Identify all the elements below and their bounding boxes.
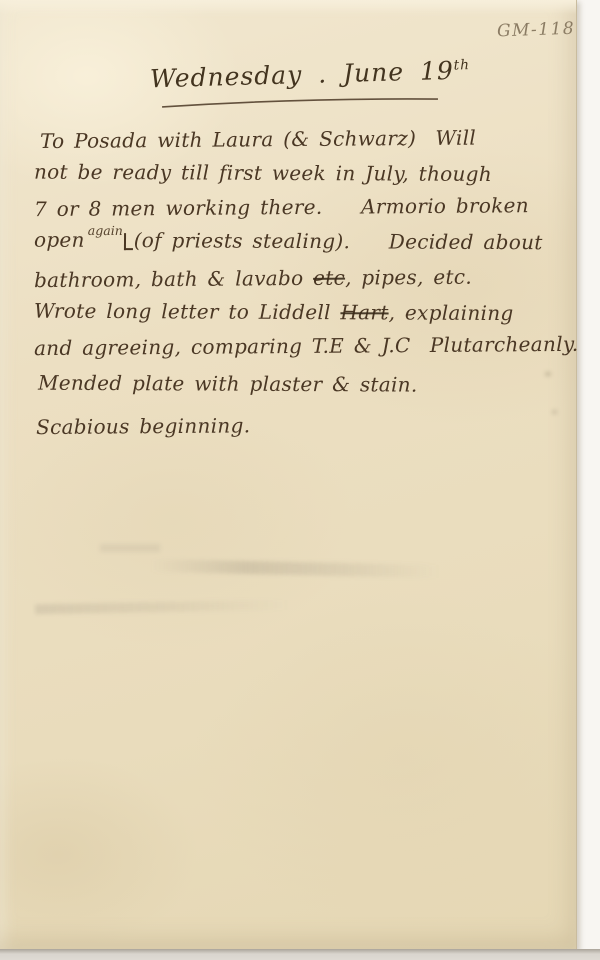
note-line: openagain(of priests stealing). Decided … — [34, 223, 564, 263]
handwritten-text: etc — [313, 266, 345, 290]
handwritten-text: Wednesday . June 19 — [150, 56, 455, 93]
pencil-smudge — [100, 544, 160, 552]
handwritten-text: Wrote long letter to Liddell — [34, 299, 341, 325]
note-line: and agreeing, comparing T.E & J.C Plutar… — [34, 327, 564, 365]
handwritten-text: bathroom, bath & lavabo — [34, 266, 313, 292]
note-line: To Posada with Laura (& Schwarz) Will — [34, 120, 564, 158]
note-line: not be ready till first week in July, th… — [34, 155, 564, 192]
handwritten-text: not be ready till first week in July, th… — [34, 160, 492, 186]
handwritten-text: (of priests stealing). Decided about — [134, 228, 543, 254]
insertion-caret-icon — [124, 233, 133, 250]
note-line: Wrote long letter to Liddell Hart, expla… — [34, 294, 564, 331]
handwritten-text: th — [453, 57, 470, 73]
handwritten-text: open — [34, 228, 85, 252]
handwritten-text: Hart — [340, 300, 388, 324]
note-line: Scabious beginning. — [34, 406, 564, 444]
pencil-smudge — [35, 600, 290, 614]
entry-title: Wednesday . June 19th — [150, 56, 461, 94]
diary-page: GM-118 Wednesday . June 19th To Posada w… — [0, 0, 577, 950]
handwritten-text: Mended plate with plaster & stain. — [38, 371, 418, 397]
handwritten-text: again — [88, 214, 123, 248]
title-underline — [160, 93, 440, 111]
archival-mark: GM-118 — [497, 19, 576, 42]
handwritten-text: Scabious beginning. — [36, 413, 250, 439]
note-lines: To Posada with Laura (& Schwarz) Willnot… — [34, 122, 564, 442]
handwritten-text: and agreeing, comparing T.E & J.C Plutar… — [34, 332, 579, 360]
handwritten-text: , pipes, etc. — [345, 265, 472, 290]
pencil-smudge — [150, 559, 440, 578]
note-line: bathroom, bath & lavabo etc, pipes, etc. — [34, 259, 564, 297]
note-line: Mended plate with plaster & stain. — [34, 366, 564, 403]
scanner-edge — [0, 949, 600, 960]
handwritten-text: , explaining — [389, 300, 514, 325]
handwritten-text: To Posada with Laura (& Schwarz) Will — [40, 126, 476, 153]
